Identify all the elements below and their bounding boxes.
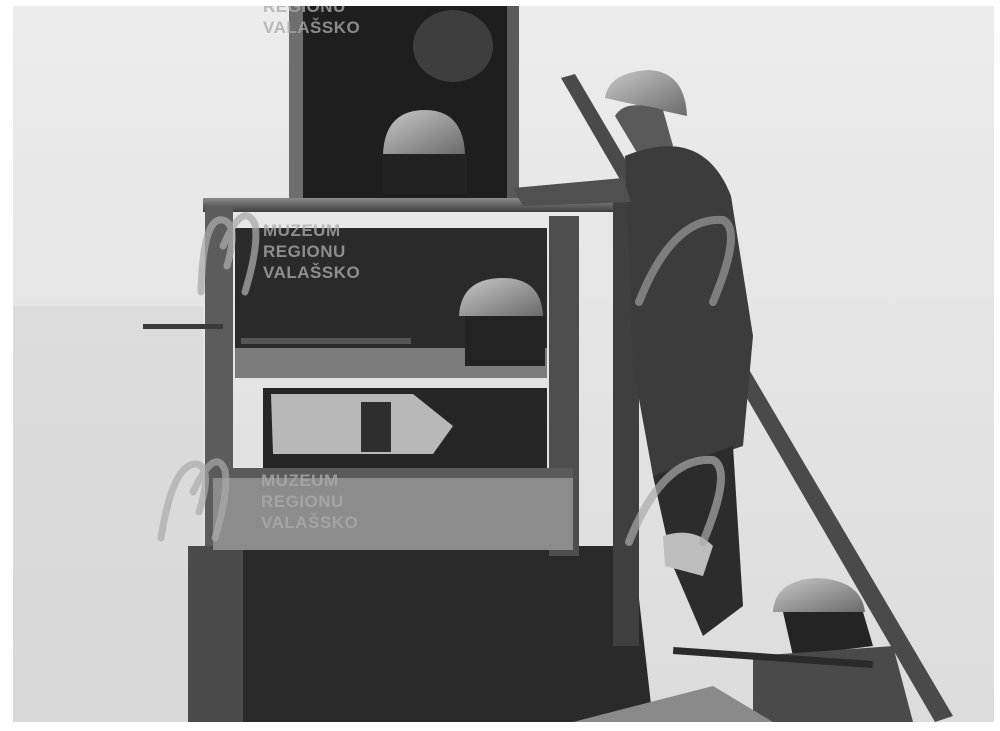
watermark-line-3: VALAŠSKO	[263, 262, 360, 283]
watermark-logo-icon	[623, 446, 733, 546]
watermark-line-1: MUZEUM	[263, 220, 360, 241]
watermark-logo-icon	[633, 206, 743, 306]
photo-scene	[13, 6, 994, 722]
watermark-line-3: VALAŠSKO	[261, 512, 358, 533]
watermark-line-1: MUZEUM	[261, 470, 358, 491]
watermark-line-2: REGIONU	[261, 491, 358, 512]
watermark-logo-icon	[193, 206, 263, 296]
watermark-line-2: REGIONU	[263, 241, 360, 262]
rifle-barrel-left	[143, 324, 223, 329]
watermark-logo-icon	[153, 452, 233, 542]
watermark-text-lower: MUZEUM REGIONU VALAŠSKO	[261, 470, 358, 533]
vehicle-hull	[188, 546, 653, 722]
watermark-text-upper: MUZEUM REGIONU VALAŠSKO	[263, 220, 360, 283]
watermark-line-3: VALAŠSKO	[263, 17, 360, 38]
archival-photograph: MUZEUM REGIONU VALAŠSKO MUZEUM REGIONU V…	[13, 6, 994, 722]
watermark-line-2: REGIONU	[263, 6, 360, 17]
watermark-text-top: REGIONU VALAŠSKO	[263, 6, 360, 38]
